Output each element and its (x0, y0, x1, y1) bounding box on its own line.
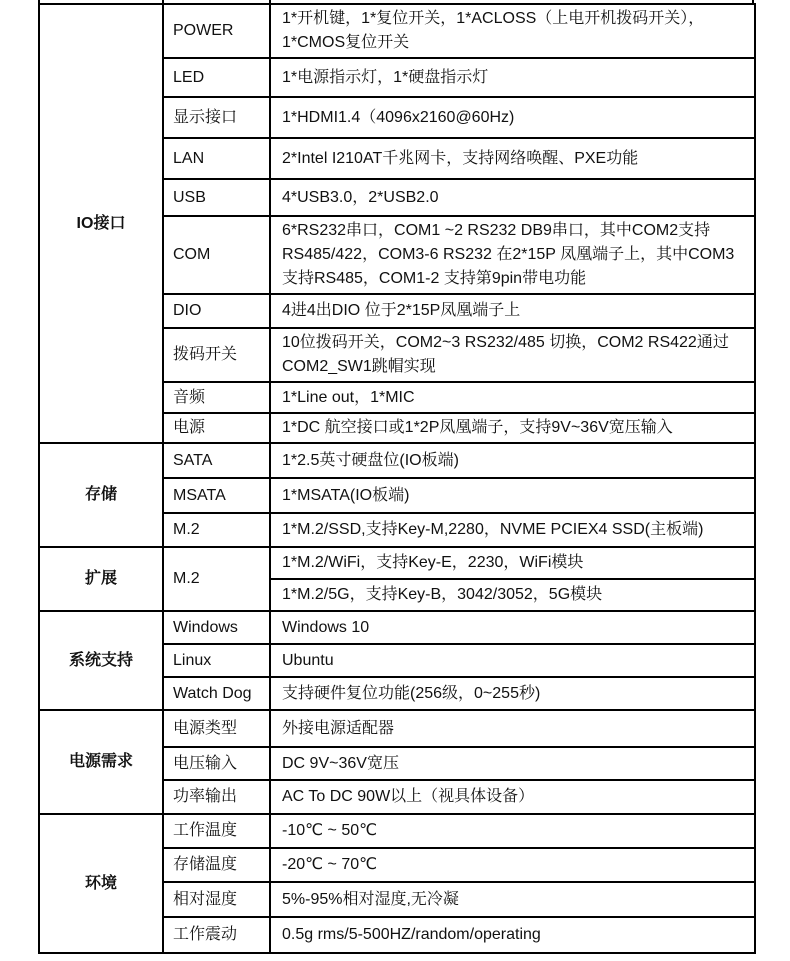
spec-label: LED (163, 58, 270, 97)
spec-value: 1*M.2/WiFi，支持Key-E，2230，WiFi模块 (270, 547, 755, 579)
category-cell-expansion: 扩展 (39, 547, 163, 611)
spec-label: Watch Dog (163, 677, 270, 710)
spec-value: 5%-95%相对湿度,无冷凝 (270, 882, 755, 917)
spec-label: 显示接口 (163, 97, 270, 138)
spec-label: 存储温度 (163, 848, 270, 882)
spec-value: 6*RS232串口，COM1 ~2 RS232 DB9串口，其中COM2支持RS… (270, 216, 755, 294)
spec-value: 1*M.2/SSD,支持Key-M,2280，NVME PCIEX4 SSD(主… (270, 513, 755, 547)
spec-value: 1*Line out，1*MIC (270, 382, 755, 413)
spec-table: IO接口 POWER 1*开机键，1*复位开关，1*ACLOSS（上电开机拨码开… (38, 3, 756, 954)
spec-label: MSATA (163, 478, 270, 513)
spec-label: 工作温度 (163, 814, 270, 848)
spec-row-m2-wifi: 扩展 M.2 1*M.2/WiFi，支持Key-E，2230，WiFi模块 (39, 547, 755, 579)
category-cell-environment: 环境 (39, 814, 163, 953)
category-cell-os: 系统支持 (39, 611, 163, 710)
spec-page: IO接口 POWER 1*开机键，1*复位开关，1*ACLOSS（上电开机拨码开… (0, 0, 790, 961)
spec-label: USB (163, 179, 270, 216)
spec-value: 10位拨码开关，COM2~3 RS232/485 切换，COM2 RS422通过… (270, 328, 755, 382)
spec-value: Windows 10 (270, 611, 755, 644)
spec-value: 1*MSATA(IO板端) (270, 478, 755, 513)
spec-row-op-temp: 环境 工作温度 -10℃ ~ 50℃ (39, 814, 755, 848)
spec-label: 电源类型 (163, 710, 270, 747)
spec-value: 1*M.2/5G，支持Key-B，3042/3052，5G模块 (270, 579, 755, 611)
spec-value: 1*开机键，1*复位开关，1*ACLOSS（上电开机拨码开关），1*CMOS复位… (270, 4, 755, 58)
spec-row-psu-type: 电源需求 电源类型 外接电源适配器 (39, 710, 755, 747)
spec-value: AC To DC 90W以上（视具体设备） (270, 780, 755, 814)
spec-label: 拨码开关 (163, 328, 270, 382)
spec-value: 1*2.5英寸硬盘位(IO板端) (270, 443, 755, 478)
spec-label: M.2 (163, 547, 270, 611)
spec-label: LAN (163, 138, 270, 179)
spec-label: POWER (163, 4, 270, 58)
spec-value: 支持硬件复位功能(256级，0~255秒) (270, 677, 755, 710)
spec-row-sata: 存储 SATA 1*2.5英寸硬盘位(IO板端) (39, 443, 755, 478)
spec-value: 1*电源指示灯，1*硬盘指示灯 (270, 58, 755, 97)
spec-value: Ubuntu (270, 644, 755, 677)
spec-row-windows: 系统支持 Windows Windows 10 (39, 611, 755, 644)
spec-label: 电压输入 (163, 747, 270, 780)
spec-label: COM (163, 216, 270, 294)
spec-label: 功率输出 (163, 780, 270, 814)
spec-value: 0.5g rms/5-500HZ/random/operating (270, 917, 755, 953)
category-cell-storage: 存储 (39, 443, 163, 547)
spec-value: 4*USB3.0，2*USB2.0 (270, 179, 755, 216)
category-cell-io: IO接口 (39, 4, 163, 443)
spec-label: 音频 (163, 382, 270, 413)
category-cell-power-req: 电源需求 (39, 710, 163, 814)
spec-label: SATA (163, 443, 270, 478)
spec-label: Linux (163, 644, 270, 677)
spec-label: 电源 (163, 413, 270, 443)
spec-label: Windows (163, 611, 270, 644)
spec-value: DC 9V~36V宽压 (270, 747, 755, 780)
spec-label: M.2 (163, 513, 270, 547)
spec-value: 1*HDMI1.4（4096x2160@60Hz) (270, 97, 755, 138)
spec-label: 工作震动 (163, 917, 270, 953)
spec-label: DIO (163, 294, 270, 328)
spec-value: -20℃ ~ 70℃ (270, 848, 755, 882)
spec-value: 2*Intel I210AT千兆网卡，支持网络唤醒、PXE功能 (270, 138, 755, 179)
spec-value: -10℃ ~ 50℃ (270, 814, 755, 848)
spec-label: 相对湿度 (163, 882, 270, 917)
spec-value: 外接电源适配器 (270, 710, 755, 747)
spec-value: 1*DC 航空接口或1*2P凤凰端子，支持9V~36V宽压输入 (270, 413, 755, 443)
spec-row-power: IO接口 POWER 1*开机键，1*复位开关，1*ACLOSS（上电开机拨码开… (39, 4, 755, 58)
spec-value: 4进4出DIO 位于2*15P凤凰端子上 (270, 294, 755, 328)
